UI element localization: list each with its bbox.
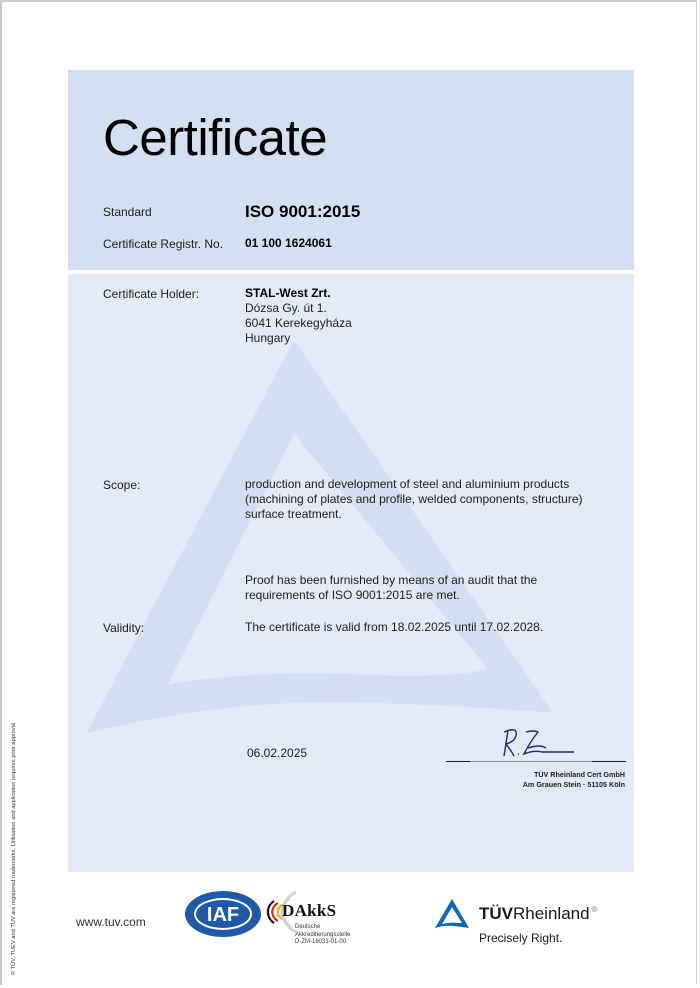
holder-address-line: Hungary bbox=[245, 331, 352, 346]
scope-line: surface treatment. bbox=[245, 507, 583, 522]
tuv-brand-name: TÜVRheinland® bbox=[479, 904, 597, 924]
standard-value: ISO 9001:2015 bbox=[245, 204, 360, 219]
iaf-logo-icon: IAF bbox=[184, 890, 262, 938]
scope-label: Scope: bbox=[103, 478, 140, 492]
holder-label: Certificate Holder: bbox=[103, 287, 199, 301]
tuv-triangle-logo-icon bbox=[432, 897, 472, 931]
tuv-slogan: Precisely Right. bbox=[479, 931, 562, 945]
holder-name: STAL-West Zrt. bbox=[245, 286, 352, 301]
certificate-title: Certificate bbox=[103, 112, 327, 163]
proof-line: Proof has been furnished by means of an … bbox=[245, 573, 537, 588]
registered-mark: ® bbox=[592, 905, 598, 914]
scope-line: (machining of plates and profile, welded… bbox=[245, 492, 583, 507]
dakks-title: DAkkS bbox=[282, 901, 336, 921]
dakks-line: D-ZM-16031-01-00 bbox=[295, 939, 350, 947]
proof-text: Proof has been furnished by means of an … bbox=[245, 573, 537, 603]
standard-label: Standard bbox=[103, 205, 152, 219]
signature-line-highlight bbox=[470, 761, 592, 762]
registration-value: 01 100 1624061 bbox=[245, 236, 332, 251]
issue-date: 06.02.2025 bbox=[247, 746, 307, 761]
dakks-details: Deutsche Akkreditierungsstelle D-ZM-1603… bbox=[295, 924, 350, 947]
issuer-block: TÜV Rheinland Cert GmbH Am Grauen Stein … bbox=[523, 770, 625, 790]
scope-text: production and development of steel and … bbox=[245, 477, 583, 522]
proof-line: requirements of ISO 9001:2015 are met. bbox=[245, 588, 537, 603]
scope-line: production and development of steel and … bbox=[245, 477, 583, 492]
signature-icon bbox=[498, 726, 578, 760]
dakks-line: Deutsche bbox=[295, 924, 350, 932]
holder-address-line: Dózsa Gy. út 1. bbox=[245, 301, 352, 316]
dakks-line: Akkreditierungsstelle bbox=[295, 932, 350, 940]
registration-label: Certificate Registr. No. bbox=[103, 237, 223, 251]
validity-label: Validity: bbox=[103, 621, 144, 635]
validity-text: The certificate is valid from 18.02.2025… bbox=[245, 620, 543, 635]
brand-regular: Rheinland bbox=[513, 904, 590, 923]
issuer-name: TÜV Rheinland Cert GmbH bbox=[523, 770, 625, 780]
website-link[interactable]: www.tuv.com bbox=[76, 915, 146, 929]
holder-block: STAL-West Zrt. Dózsa Gy. út 1. 6041 Kere… bbox=[245, 286, 352, 346]
holder-address-line: 6041 Kerekegyháza bbox=[245, 316, 352, 331]
brand-bold: TÜV bbox=[479, 904, 513, 923]
svg-text:IAF: IAF bbox=[207, 904, 239, 926]
issuer-address: Am Grauen Stein · 51105 Köln bbox=[523, 780, 625, 790]
trademark-note: © TÜV, TUEV and TUV are registered trade… bbox=[11, 721, 17, 975]
